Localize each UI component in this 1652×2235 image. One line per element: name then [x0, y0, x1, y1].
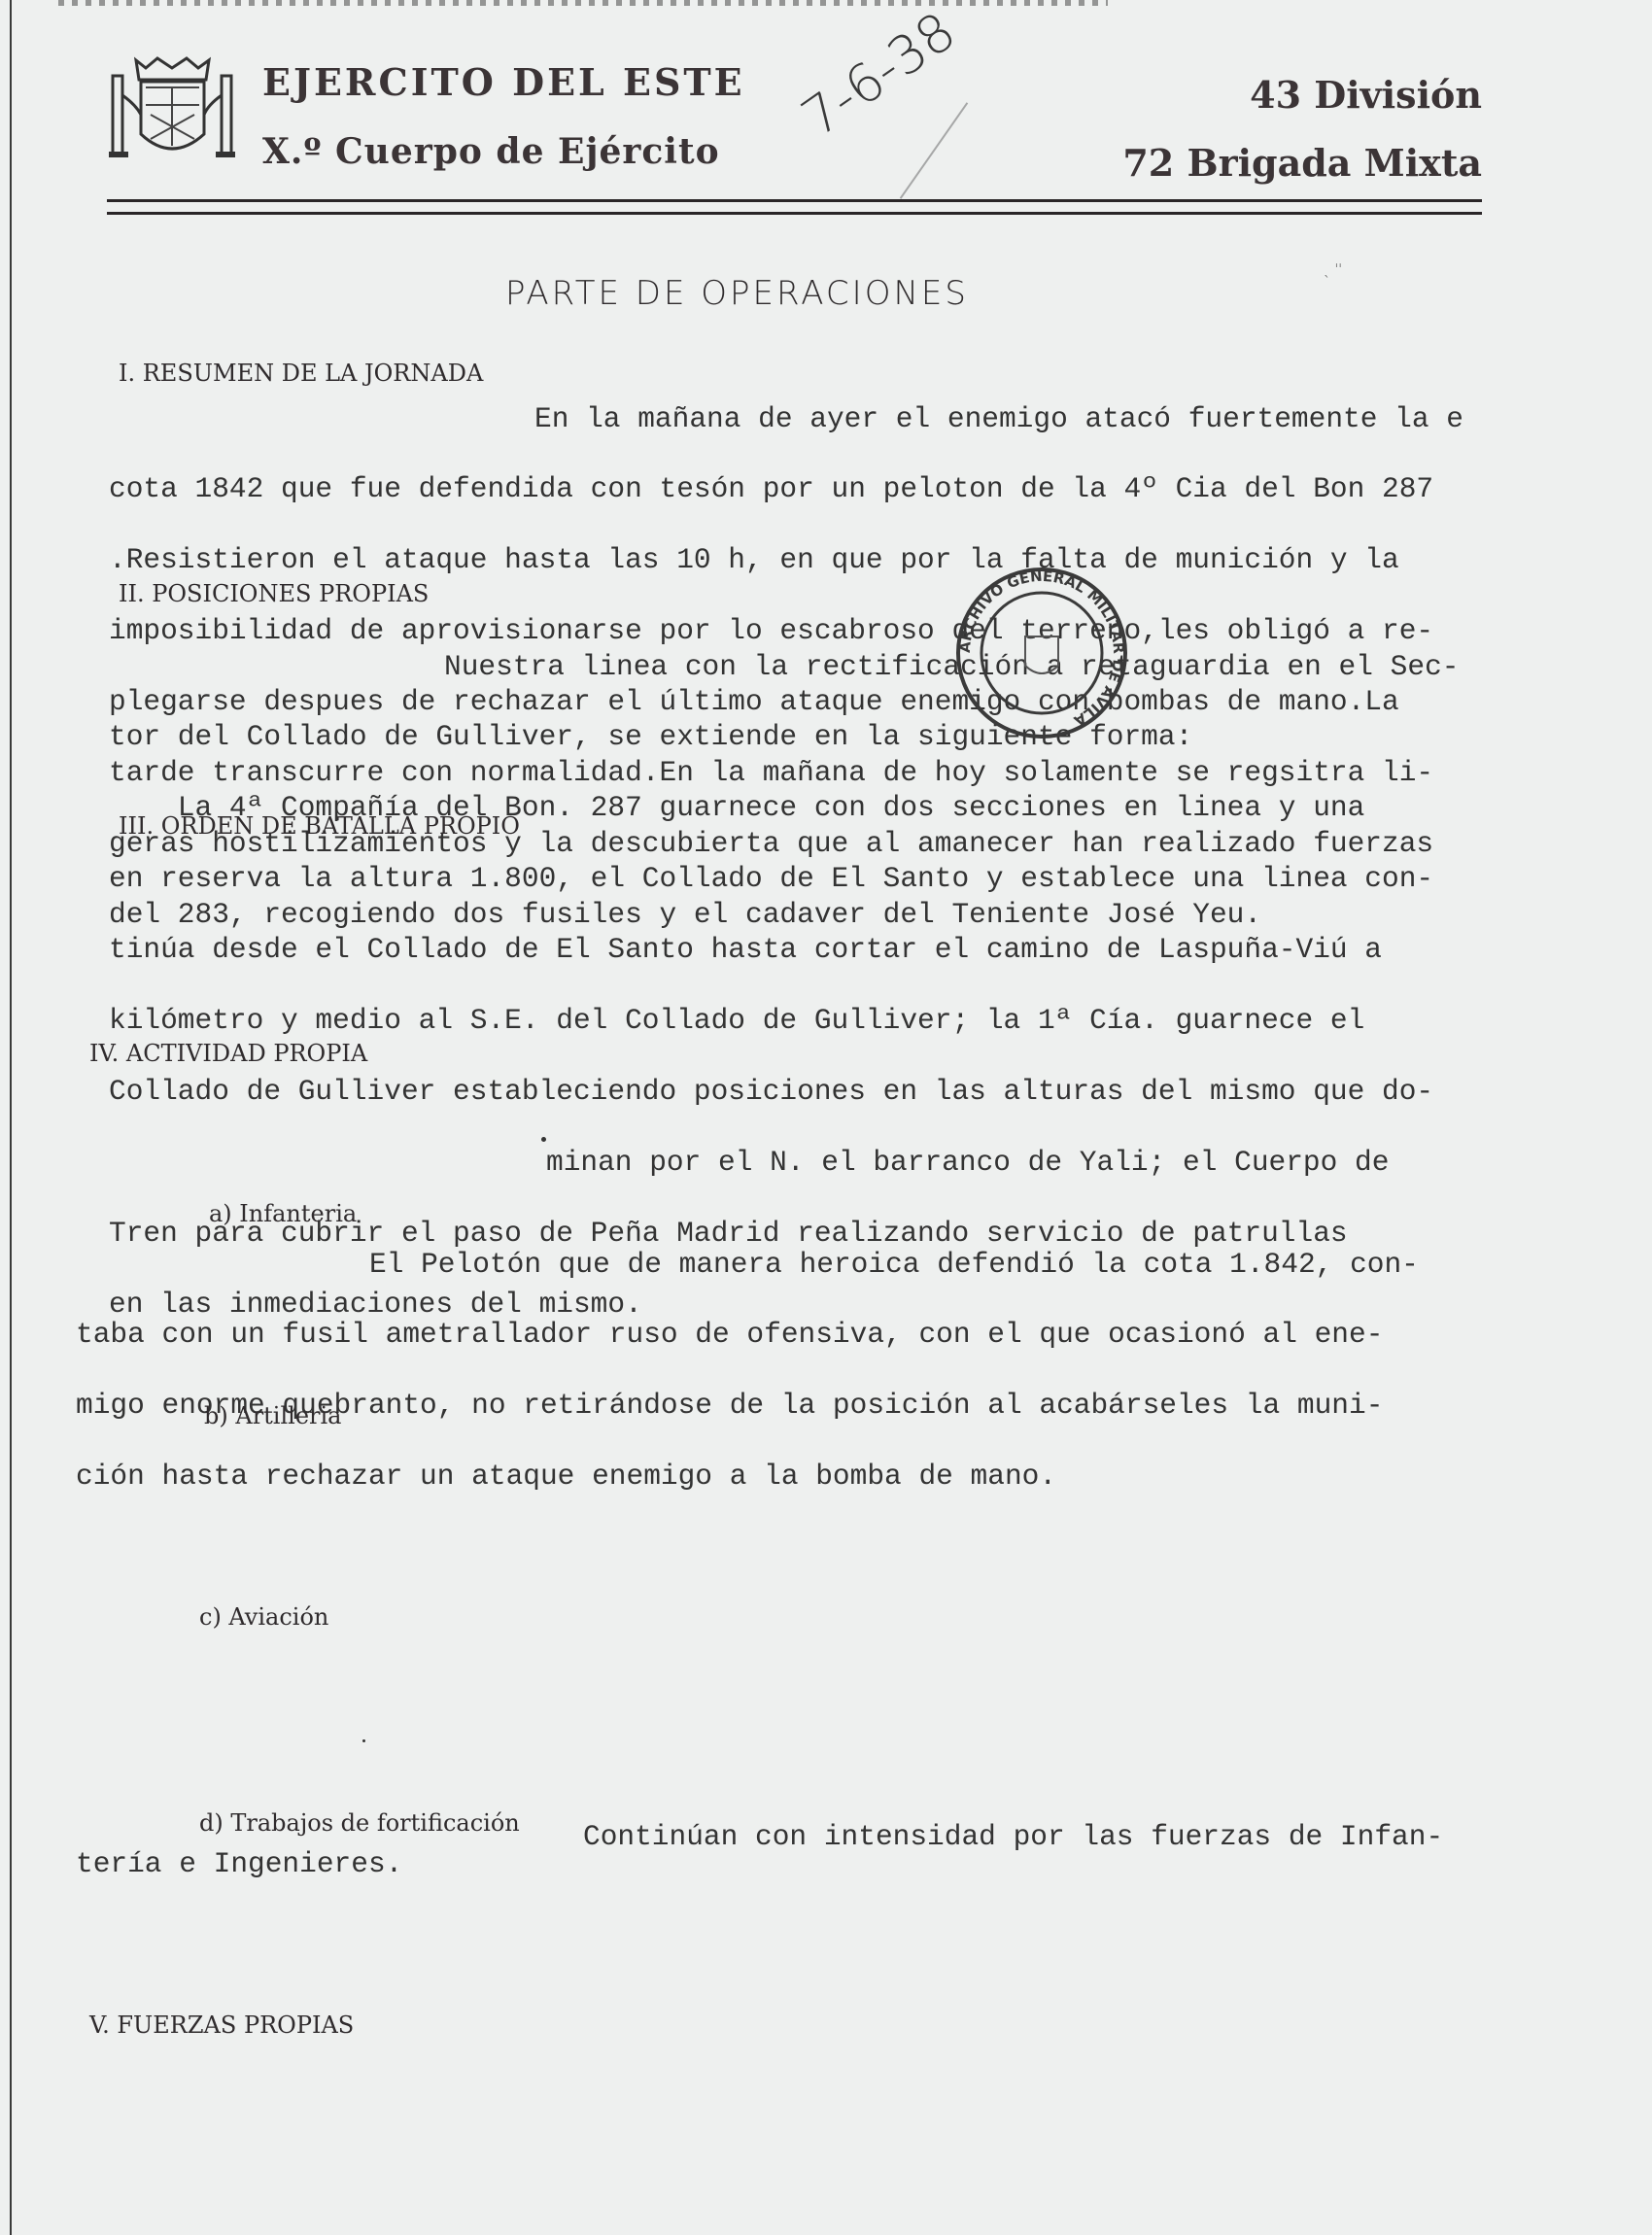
- brigade-name: 72 Brigada Mixta: [1122, 141, 1482, 185]
- scan-speck: [362, 1739, 365, 1742]
- text-line: Nuestra linea con la rectificación a ret…: [109, 655, 1459, 678]
- division-name: 43 División: [1250, 73, 1482, 117]
- text-line: Collado de Gulliver estableciendo posici…: [109, 1080, 1459, 1103]
- document-title: PARTE DE OPERACIONES: [505, 274, 969, 313]
- text-line: El Pelotón que de manera heroica defendi…: [76, 1253, 1419, 1276]
- corps-name: X.º Cuerpo de Ejército: [262, 131, 720, 172]
- army-name: EJERCITO DEL ESTE: [262, 60, 745, 104]
- text-line: taba con un fusil ametrallador ruso de o…: [76, 1323, 1419, 1346]
- section-fuerzas-label: V. FUERZAS PROPIAS: [89, 2011, 354, 2039]
- section-orden-label: III. ORDEN DE BATALLA PROPIO: [119, 812, 520, 840]
- header-rule-bottom: [107, 212, 1482, 215]
- section-actividad-label: IV. ACTIVIDAD PROPIA: [89, 1040, 367, 1067]
- subsection-fortificacion-label: d) Trabajos de fortificación: [199, 1809, 520, 1837]
- text-line: cota 1842 que fue defendida con tesón po…: [109, 477, 1463, 500]
- section-posiciones-label: II. POSICIONES PROPIAS: [119, 580, 429, 607]
- subsection-aviacion-label: c) Aviación: [199, 1603, 328, 1631]
- subsection-artilleria-label: b) Artilleria: [204, 1402, 342, 1429]
- text-line: tor del Collado de Gulliver, se extiende…: [109, 725, 1459, 748]
- handwritten-date: 7-6-38: [791, 0, 967, 149]
- subsection-infanteria-body: El Pelotón que de manera heroica defendi…: [76, 1205, 1419, 1512]
- text-line: kilómetro y medio al S.E. del Collado de…: [109, 1009, 1459, 1032]
- text-line: en reserva la altura 1.800, el Collado d…: [109, 867, 1459, 890]
- subsection-fortificacion-body-2: tería e Ingenieres.: [76, 1852, 402, 1875]
- cropped-previous-line: [58, 0, 1108, 6]
- text-line: minan por el N. el barranco de Yali; el …: [109, 1151, 1459, 1174]
- scan-speck: ˎ ˈˈ: [1324, 262, 1342, 278]
- text-line: .Resistieron el ataque hasta las 10 h, e…: [109, 548, 1463, 571]
- scan-page-edge: [10, 0, 12, 2235]
- archive-stamp-icon: ARCHIVO GENERAL MILITAR DE AVILA: [952, 564, 1132, 743]
- subsection-fortificacion-body-1: Continúan con intensidad por las fuerzas…: [583, 1825, 1443, 1848]
- scan-speck: [541, 1137, 546, 1142]
- header-rule-top: [107, 199, 1482, 202]
- text-line: En la mañana de ayer el enemigo atacó fu…: [109, 407, 1463, 430]
- coat-of-arms-icon: [107, 56, 238, 163]
- text-line: ción hasta rechazar un ataque enemigo a …: [76, 1464, 1419, 1488]
- text-line: tinúa desde el Collado de El Santo hasta…: [109, 938, 1459, 961]
- pencil-mark: [900, 102, 968, 198]
